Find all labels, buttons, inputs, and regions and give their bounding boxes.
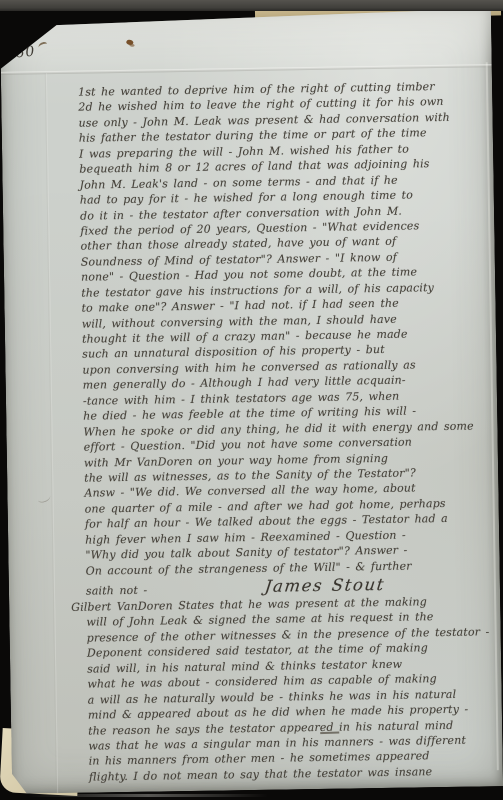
manuscript-lines: Gilbert VanDoren States that he was pres… [86,593,495,785]
margin-mark [37,492,52,504]
bottom-glare [28,794,268,797]
manuscript-lines: 1st he wanted to deprive him of the righ… [78,78,492,578]
ledger-page: 60 1st he wanted to deprive him of the r… [0,8,503,794]
ink-stain [126,39,134,46]
page-number: 60 [15,44,36,62]
paper-left-edge-seam [45,73,58,793]
vandoren-deposition-text: Gilbert VanDoren States that he was pres… [86,593,495,785]
photograph-backdrop: 60 1st he wanted to deprive him of the r… [0,0,503,800]
paper-seam [1,64,492,75]
ink-flourish-mark [38,41,48,50]
photo-frame-top [0,0,503,11]
signature-james-stout: James Stout [264,575,386,596]
closing-words: saith not - [86,583,148,599]
stout-deposition-text: 1st he wanted to deprive him of the righ… [78,78,492,597]
